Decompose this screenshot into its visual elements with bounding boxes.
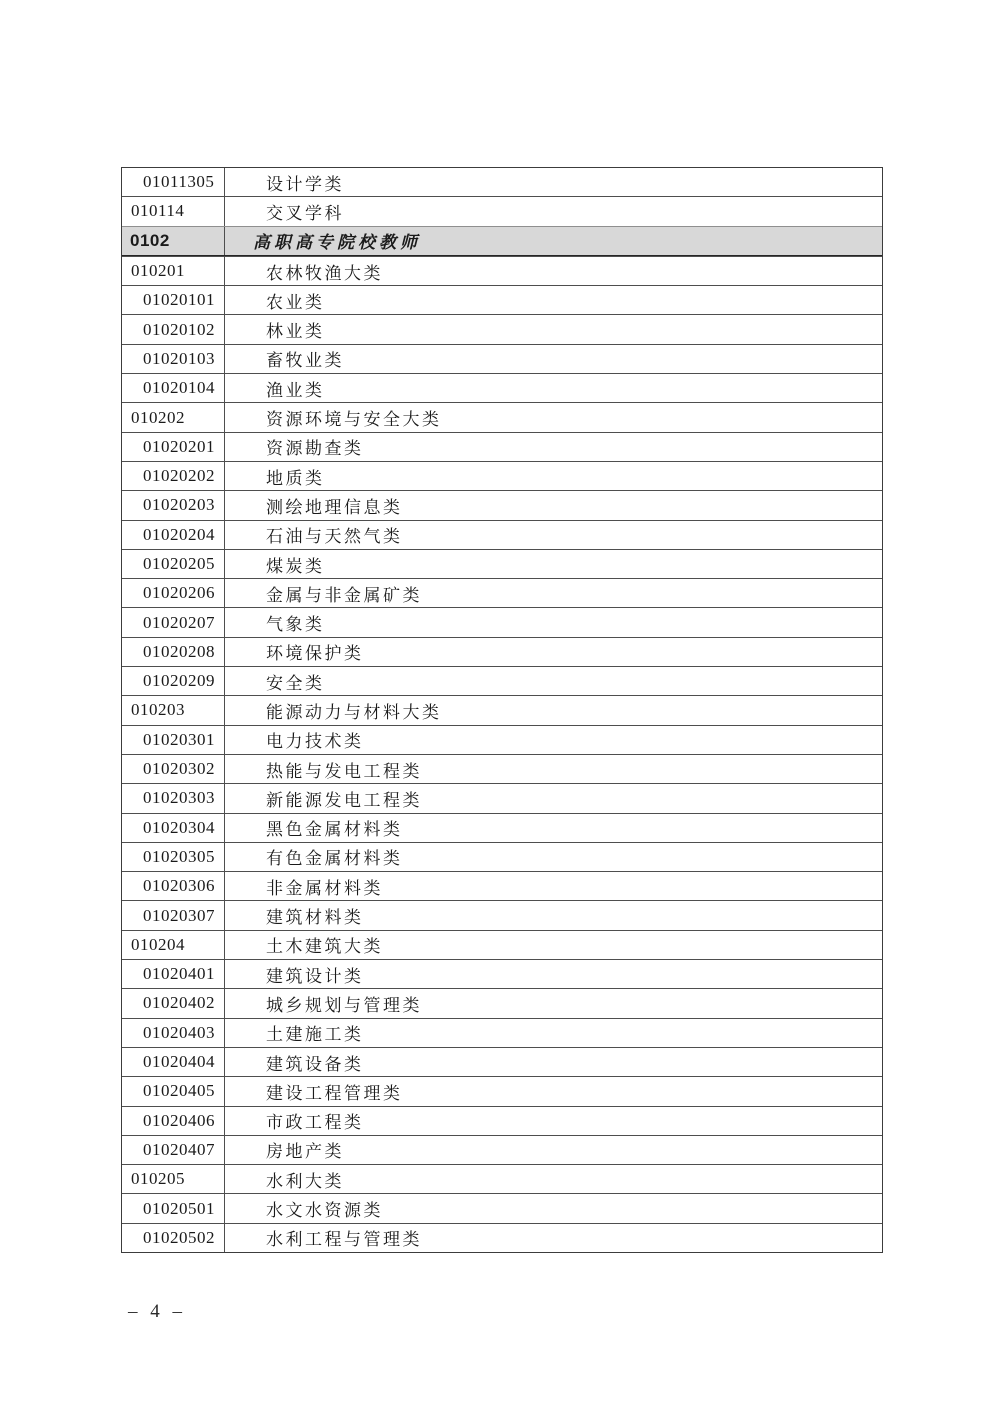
table-row: 010202 资源环境与安全大类 [122, 402, 882, 431]
row-name: 水利工程与管理类 [225, 1224, 882, 1252]
table-row: 01020205 煤炭类 [122, 549, 882, 578]
table-row: 01011305 设计学类 [122, 168, 882, 196]
row-name: 城乡规划与管理类 [225, 989, 882, 1017]
row-name: 环境保护类 [225, 638, 882, 666]
table-row: 01020401 建筑设计类 [122, 959, 882, 988]
row-name: 土木建筑大类 [225, 931, 882, 959]
classification-table: 01011305 设计学类 010114 交叉学科 0102 高职高专院校教师 … [121, 167, 883, 1253]
table-row: 010203 能源动力与材料大类 [122, 695, 882, 724]
row-code: 01020104 [122, 374, 225, 402]
row-code: 01020209 [122, 667, 225, 695]
row-code: 01020201 [122, 433, 225, 461]
row-name: 建筑设计类 [225, 960, 882, 988]
row-name: 建筑设备类 [225, 1048, 882, 1076]
table-row: 01020304 黑色金属材料类 [122, 813, 882, 842]
row-name: 渔业类 [225, 374, 882, 402]
table-row: 0102 高职高专院校教师 [122, 226, 882, 256]
table-row: 01020305 有色金属材料类 [122, 842, 882, 871]
row-name: 设计学类 [225, 168, 882, 196]
table-row: 01020208 环境保护类 [122, 637, 882, 666]
table-row: 01020206 金属与非金属矿类 [122, 578, 882, 607]
row-name: 地质类 [225, 462, 882, 490]
row-name: 水利大类 [225, 1165, 882, 1193]
row-name: 金属与非金属矿类 [225, 579, 882, 607]
row-name: 有色金属材料类 [225, 843, 882, 871]
row-name: 煤炭类 [225, 550, 882, 578]
row-code: 010203 [122, 696, 225, 724]
row-code: 01020303 [122, 784, 225, 812]
table-row: 01020102 林业类 [122, 314, 882, 343]
row-code: 01020501 [122, 1194, 225, 1222]
row-code: 01020102 [122, 315, 225, 343]
table-row: 01020202 地质类 [122, 461, 882, 490]
row-name: 农业类 [225, 286, 882, 314]
row-name: 新能源发电工程类 [225, 784, 882, 812]
row-code: 01020204 [122, 521, 225, 549]
row-name: 交叉学科 [225, 197, 882, 225]
row-code: 01020502 [122, 1224, 225, 1252]
row-name: 测绘地理信息类 [225, 491, 882, 519]
table-row: 01020302 热能与发电工程类 [122, 754, 882, 783]
row-code: 01020407 [122, 1136, 225, 1164]
row-code: 010205 [122, 1165, 225, 1193]
row-name: 石油与天然气类 [225, 521, 882, 549]
row-name: 土建施工类 [225, 1019, 882, 1047]
table-row: 01020201 资源勘查类 [122, 432, 882, 461]
table-row: 01020204 石油与天然气类 [122, 520, 882, 549]
row-name: 水文水资源类 [225, 1194, 882, 1222]
row-name: 林业类 [225, 315, 882, 343]
row-code: 01020302 [122, 755, 225, 783]
table-row: 010205 水利大类 [122, 1164, 882, 1193]
row-name: 建筑材料类 [225, 901, 882, 929]
table-row: 010201 农林牧渔大类 [122, 256, 882, 285]
row-name: 电力技术类 [225, 726, 882, 754]
table-row: 01020103 畜牧业类 [122, 344, 882, 373]
row-code: 010201 [122, 257, 225, 285]
table-row: 01020501 水文水资源类 [122, 1193, 882, 1222]
table-row: 01020307 建筑材料类 [122, 900, 882, 929]
table-row: 01020402 城乡规划与管理类 [122, 988, 882, 1017]
table-row: 01020306 非金属材料类 [122, 871, 882, 900]
row-code: 01020205 [122, 550, 225, 578]
row-code: 01020306 [122, 872, 225, 900]
row-code: 01020406 [122, 1107, 225, 1135]
table-row: 01020301 电力技术类 [122, 725, 882, 754]
document-page: 01011305 设计学类 010114 交叉学科 0102 高职高专院校教师 … [0, 0, 999, 1414]
table-row: 01020207 气象类 [122, 607, 882, 636]
table-row: 01020101 农业类 [122, 285, 882, 314]
row-code: 01020403 [122, 1019, 225, 1047]
row-name: 非金属材料类 [225, 872, 882, 900]
table-row: 01020404 建筑设备类 [122, 1047, 882, 1076]
row-name: 高职高专院校教师 [225, 227, 882, 255]
row-code: 01020101 [122, 286, 225, 314]
row-name: 气象类 [225, 608, 882, 636]
row-name: 能源动力与材料大类 [225, 696, 882, 724]
row-name: 热能与发电工程类 [225, 755, 882, 783]
table-row: 01020403 土建施工类 [122, 1018, 882, 1047]
row-name: 市政工程类 [225, 1107, 882, 1135]
row-code: 010114 [122, 197, 225, 225]
table-row: 01020502 水利工程与管理类 [122, 1223, 882, 1252]
row-code: 01020208 [122, 638, 225, 666]
row-name: 资源勘查类 [225, 433, 882, 461]
row-code: 0102 [122, 227, 225, 255]
row-code: 01020405 [122, 1077, 225, 1105]
table-row: 01020104 渔业类 [122, 373, 882, 402]
table-row: 01020203 测绘地理信息类 [122, 490, 882, 519]
row-name: 畜牧业类 [225, 345, 882, 373]
row-code: 01020203 [122, 491, 225, 519]
row-code: 01020401 [122, 960, 225, 988]
row-code: 01020307 [122, 901, 225, 929]
row-code: 01020301 [122, 726, 225, 754]
row-code: 01020404 [122, 1048, 225, 1076]
row-code: 01011305 [122, 168, 225, 196]
row-name: 建设工程管理类 [225, 1077, 882, 1105]
table-row: 01020405 建设工程管理类 [122, 1076, 882, 1105]
table-row: 010114 交叉学科 [122, 196, 882, 225]
table-row: 01020303 新能源发电工程类 [122, 783, 882, 812]
row-code: 01020304 [122, 814, 225, 842]
row-name: 房地产类 [225, 1136, 882, 1164]
page-number: – 4 – [128, 1301, 186, 1323]
row-name: 资源环境与安全大类 [225, 403, 882, 431]
row-code: 01020305 [122, 843, 225, 871]
row-code: 01020206 [122, 579, 225, 607]
table-row: 01020407 房地产类 [122, 1135, 882, 1164]
row-code: 01020103 [122, 345, 225, 373]
row-name: 安全类 [225, 667, 882, 695]
table-row: 01020209 安全类 [122, 666, 882, 695]
table-row: 01020406 市政工程类 [122, 1106, 882, 1135]
row-code: 01020207 [122, 608, 225, 636]
table-row: 010204 土木建筑大类 [122, 930, 882, 959]
row-code: 010204 [122, 931, 225, 959]
row-name: 黑色金属材料类 [225, 814, 882, 842]
row-code: 01020202 [122, 462, 225, 490]
row-code: 01020402 [122, 989, 225, 1017]
row-name: 农林牧渔大类 [225, 257, 882, 285]
row-code: 010202 [122, 403, 225, 431]
